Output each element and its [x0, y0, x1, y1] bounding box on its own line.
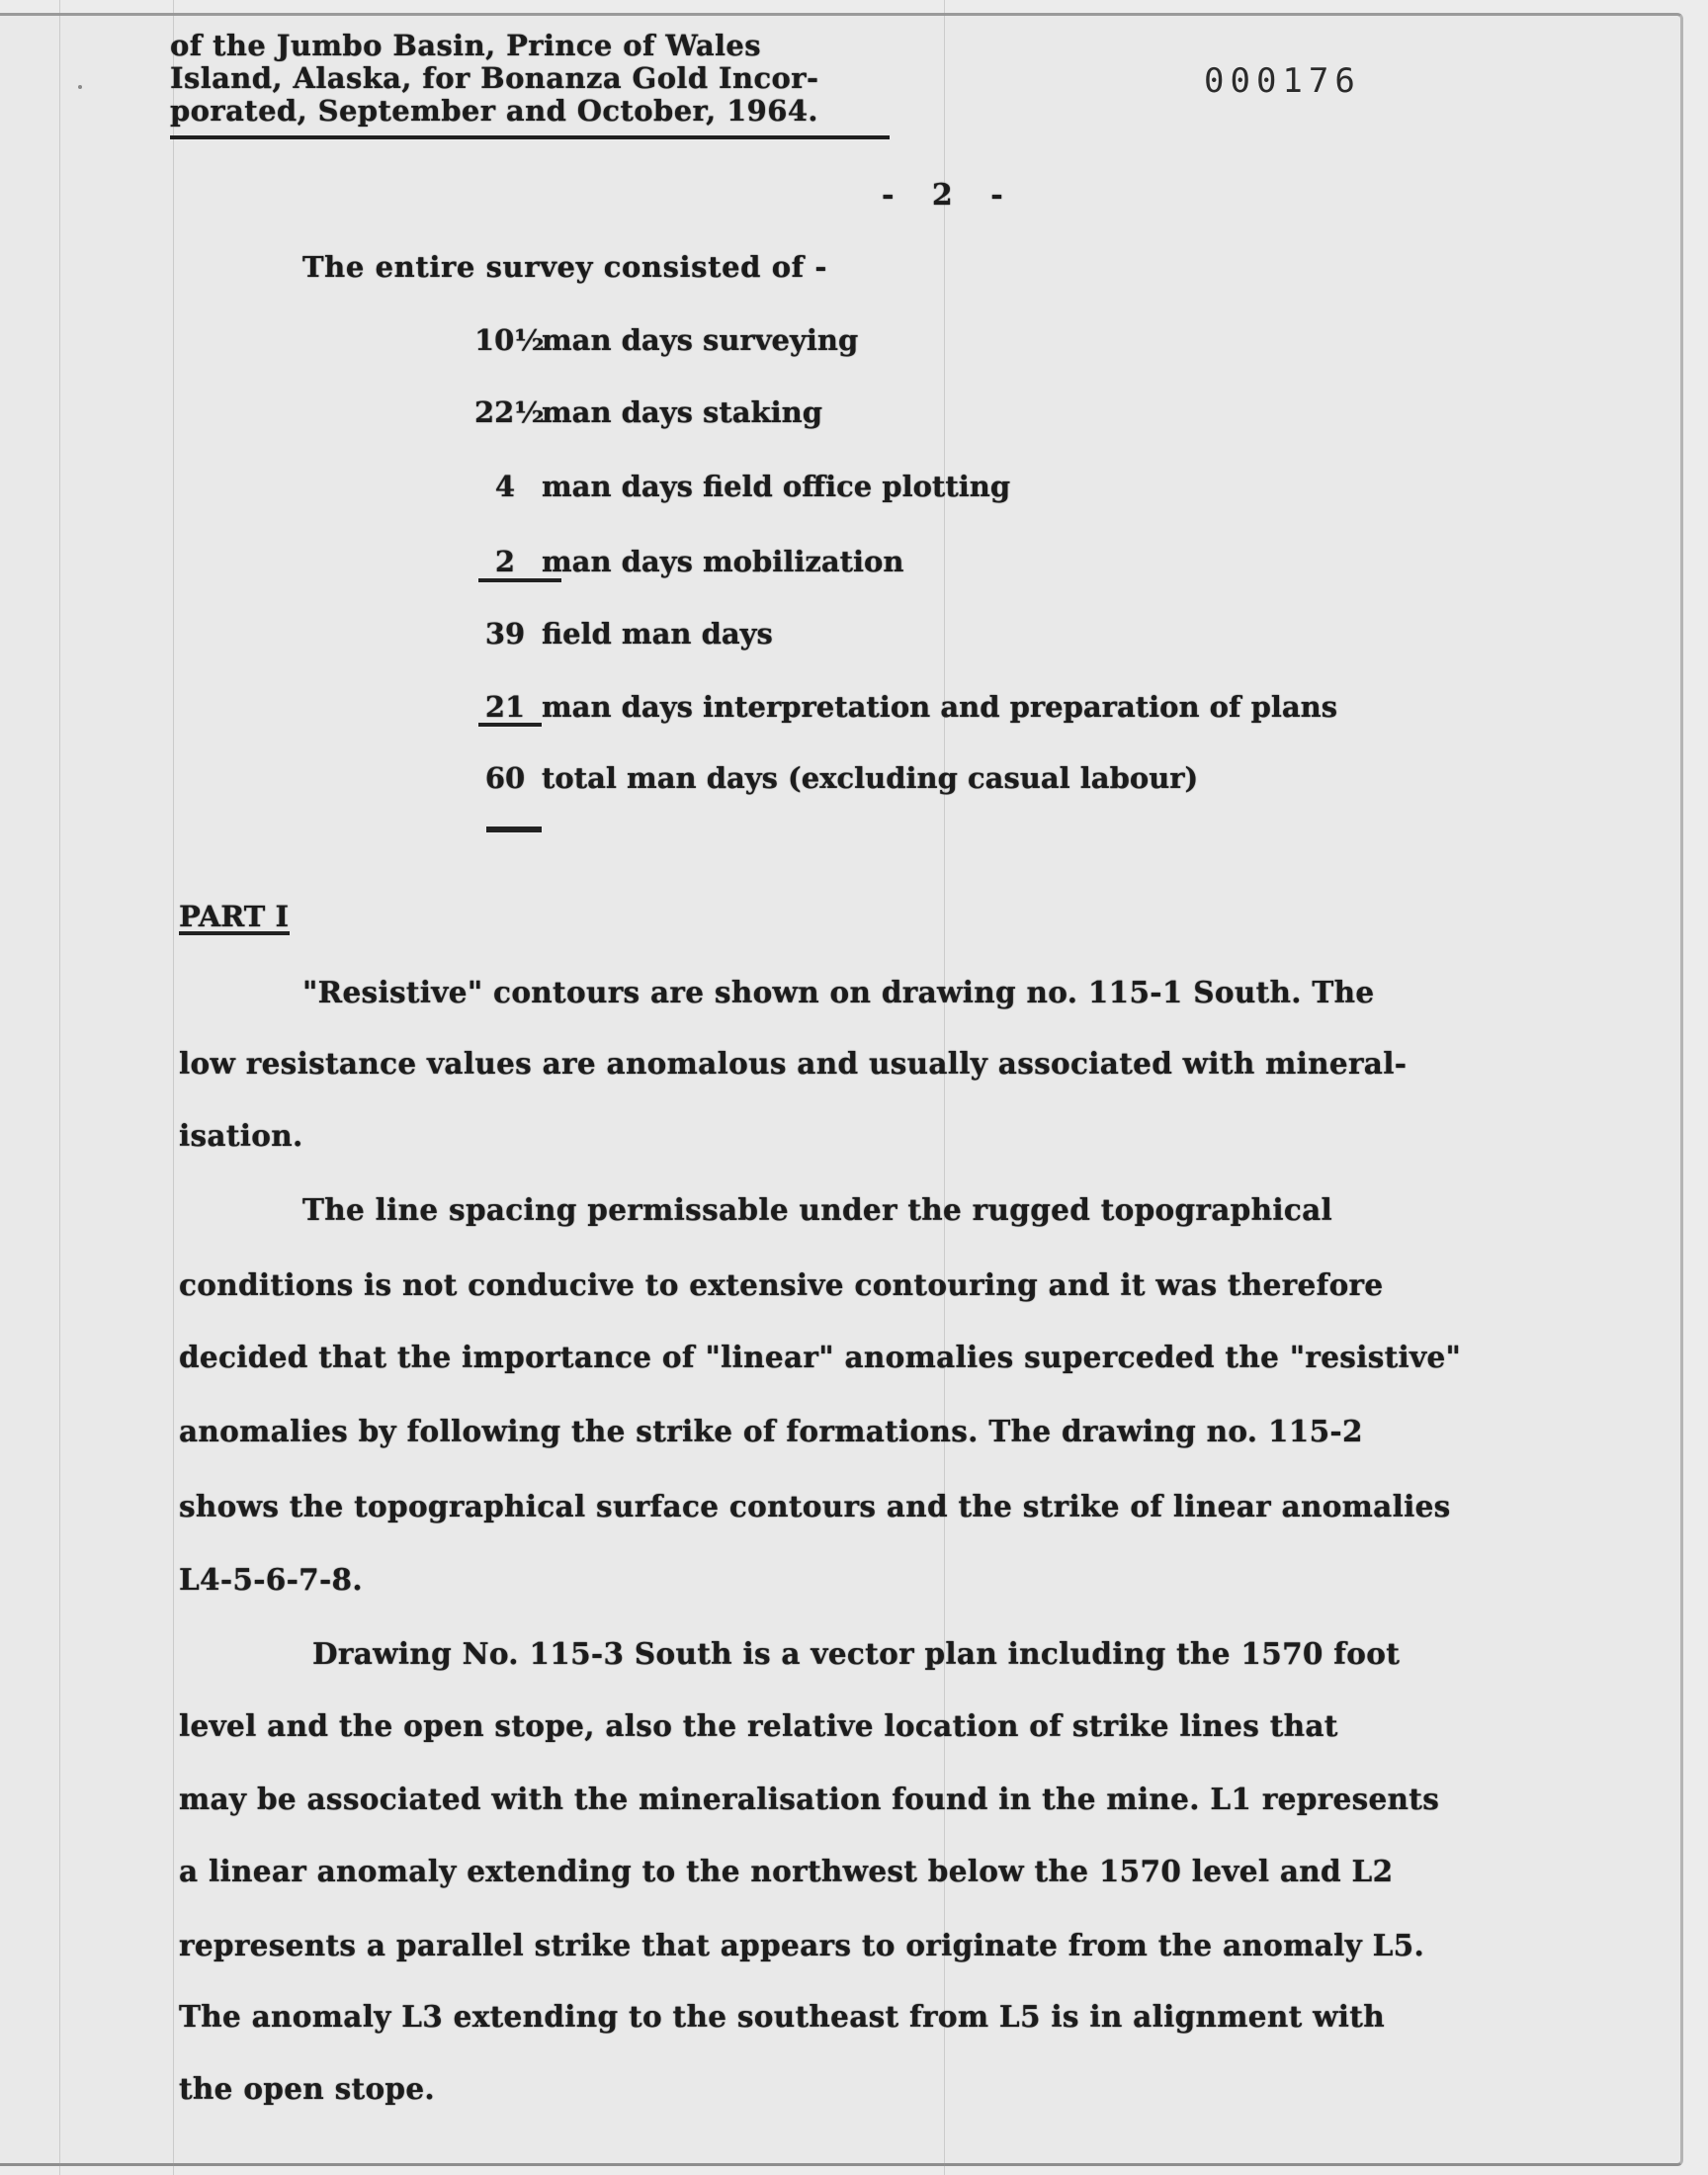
- section-title: PART I: [179, 900, 289, 933]
- survey-intro: The entire survey consisted of -: [302, 253, 827, 282]
- tally-desc: man days mobilization: [542, 545, 903, 578]
- document-number: 000176: [1204, 61, 1361, 101]
- paragraph-line: may be associated with the mineralisatio…: [179, 1782, 1439, 1816]
- paragraph-line: the open stope.: [179, 2071, 435, 2106]
- tally-row: 60total man days (excluding casual labou…: [474, 761, 1198, 795]
- tally-qty: 2: [474, 545, 536, 578]
- paragraph-line: The anomaly L3 extending to the southeas…: [179, 1999, 1385, 2034]
- scan-artifact-line: [944, 0, 945, 2175]
- paragraph-line: a linear anomaly extending to the northw…: [179, 1854, 1393, 1888]
- heading-line: Island, Alaska, for Bonanza Gold Incor-: [170, 62, 892, 95]
- heading-line: of the Jumbo Basin, Prince of Wales: [170, 30, 892, 62]
- paragraph-line: decided that the importance of "linear" …: [179, 1340, 1461, 1374]
- tally-qty: 4: [474, 470, 536, 503]
- page-number: - 2 -: [882, 178, 1017, 213]
- scan-artifact-line: [59, 0, 60, 2175]
- tally-desc: man days interpretation and preparation …: [542, 690, 1337, 724]
- tally-qty: 60: [474, 761, 536, 795]
- paragraph-line: represents a parallel strike that appear…: [179, 1928, 1424, 1962]
- paragraph-line: "Resistive" contours are shown on drawin…: [302, 975, 1374, 1009]
- paragraph-line: L4-5-6-7-8.: [179, 1562, 363, 1597]
- tally-qty: 22½: [474, 395, 536, 429]
- report-heading: of the Jumbo Basin, Prince of Wales Isla…: [170, 30, 892, 128]
- paragraph-line: low resistance values are anomalous and …: [179, 1046, 1407, 1081]
- paragraph-line: shows the topographical surface contours…: [179, 1489, 1451, 1523]
- scan-artifact-line: [173, 0, 174, 2175]
- tally-row: 2man days mobilization: [474, 545, 903, 578]
- paragraph-line: Drawing No. 115-3 South is a vector plan…: [312, 1636, 1400, 1671]
- tally-row: 4man days field office plotting: [474, 470, 1010, 503]
- tally-desc: man days surveying: [542, 323, 858, 357]
- subtotal-underline: [478, 723, 542, 727]
- tally-desc: man days field office plotting: [542, 470, 1010, 503]
- tally-qty: 21: [474, 690, 536, 724]
- total-double-rule: [486, 826, 542, 832]
- tally-row: 21man days interpretation and preparatio…: [474, 690, 1337, 724]
- tally-desc: total man days (excluding casual labour): [542, 761, 1198, 795]
- tally-row: 39field man days: [474, 617, 773, 651]
- subtotal-underline: [478, 578, 561, 582]
- paragraph-line: level and the open stope, also the relat…: [179, 1708, 1338, 1743]
- scan-speck: [78, 85, 82, 89]
- tally-row: 22½man days staking: [474, 395, 822, 429]
- paragraph-line: The line spacing permissable under the r…: [302, 1192, 1332, 1227]
- paragraph-line: anomalies by following the strike of for…: [179, 1414, 1363, 1448]
- paragraph-line: conditions is not conducive to extensive…: [179, 1267, 1383, 1302]
- section-title-underline: [179, 931, 290, 935]
- paragraph-line: isation.: [179, 1118, 303, 1153]
- tally-row: 10½man days surveying: [474, 323, 858, 357]
- tally-desc: field man days: [542, 617, 773, 651]
- tally-desc: man days staking: [542, 395, 822, 429]
- heading-line: porated, September and October, 1964.: [170, 95, 892, 128]
- tally-qty: 39: [474, 617, 536, 651]
- heading-underline: [170, 135, 890, 139]
- tally-qty: 10½: [474, 323, 536, 357]
